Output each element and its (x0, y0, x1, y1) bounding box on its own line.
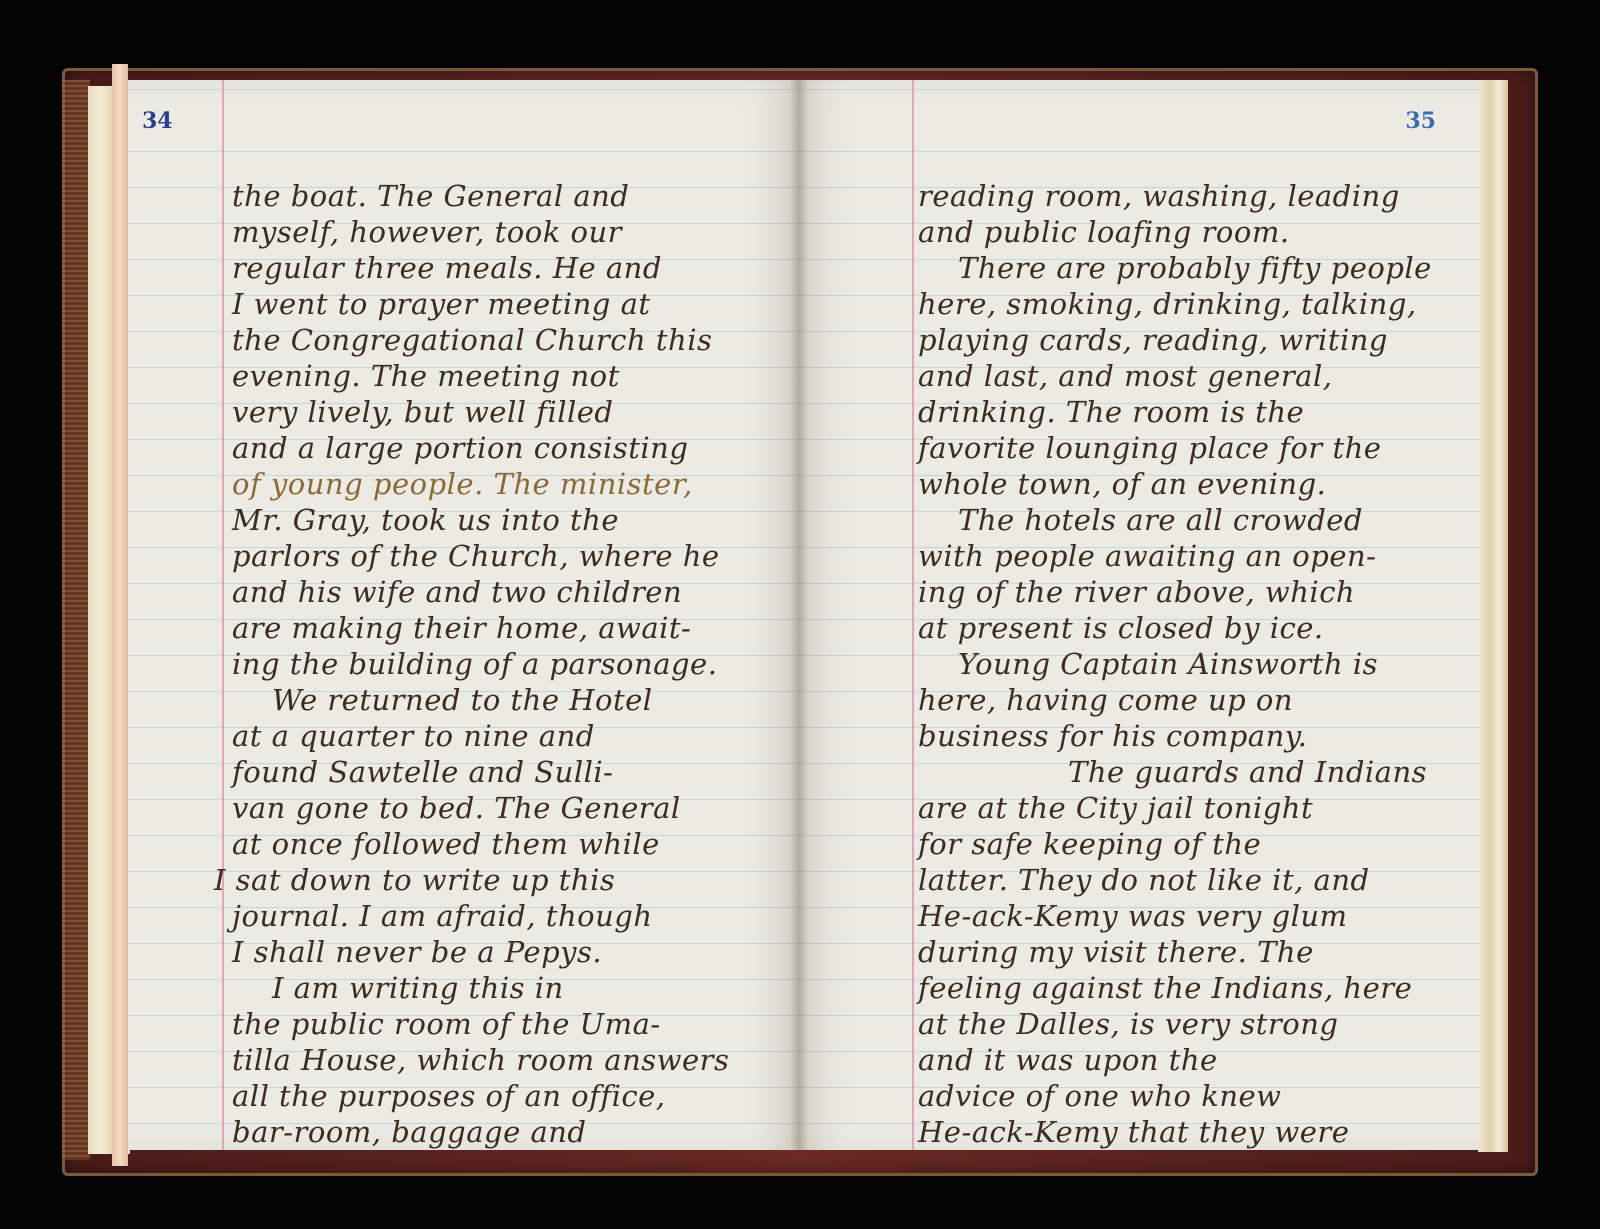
left-page: 34 the boat. The General and myself, how… (124, 80, 798, 1150)
text-line: at the Dalles, is very strong (918, 1006, 1478, 1042)
text-line: reading room, washing, leading (918, 178, 1478, 214)
text-line: at present is closed by ice. (918, 610, 1478, 646)
journal-text-left: the boat. The General and myself, howeve… (232, 178, 802, 1150)
text-line: and last, and most general, (918, 358, 1478, 394)
text-line: ing of the river above, which (918, 574, 1478, 610)
text-line: are at the City jail tonight (918, 790, 1478, 826)
text-line: evening. The meeting not (232, 358, 802, 394)
text-line: at a quarter to nine and (232, 718, 802, 754)
text-line: I shall never be a Pepys. (232, 934, 802, 970)
text-line: We returned to the Hotel (232, 682, 802, 718)
text-line: all the purposes of an office, (232, 1078, 802, 1114)
text-line: and a large portion consisting (232, 430, 802, 466)
text-line: tilla House, which room answers (232, 1042, 802, 1078)
text-line: the public room of the Uma- (232, 1006, 802, 1042)
book-gutter (790, 80, 808, 1150)
margin-rule (912, 80, 914, 1150)
text-line: Mr. Gray, took us into the (232, 502, 802, 538)
text-line: van gone to bed. The General (232, 790, 802, 826)
text-line: I went to prayer meeting at (232, 286, 802, 322)
text-line: and public loafing room. (918, 214, 1478, 250)
text-line: He-ack-Kemy was very glum (918, 898, 1478, 934)
text-line: latter. They do not like it, and (918, 862, 1478, 898)
text-line: The guards and Indians (918, 754, 1478, 790)
page-number: 34 (142, 108, 173, 134)
text-line: bar-room, baggage and (232, 1114, 802, 1150)
text-line: the boat. The General and (232, 178, 802, 214)
text-line: The hotels are all crowded (918, 502, 1478, 538)
text-line: regular three meals. He and (232, 250, 802, 286)
page-stack-right (1478, 80, 1508, 1152)
text-line: and it was upon the (918, 1042, 1478, 1078)
text-line: He-ack-Kemy that they were (918, 1114, 1478, 1150)
text-line: favorite lounging place for the (918, 430, 1478, 466)
text-line: drinking. The room is the (918, 394, 1478, 430)
text-line: during my visit there. The (918, 934, 1478, 970)
text-line: There are probably fifty people (918, 250, 1478, 286)
margin-rule (222, 80, 224, 1150)
text-line: feeling against the Indians, here (918, 970, 1478, 1006)
text-line: for safe keeping of the (918, 826, 1478, 862)
cover-edge-left (62, 80, 90, 1160)
text-line: the Congregational Church this (232, 322, 802, 358)
text-line: advice of one who knew (918, 1078, 1478, 1114)
text-line: I sat down to write up this (214, 862, 802, 898)
text-line: Young Captain Ainsworth is (918, 646, 1478, 682)
text-line: here, smoking, drinking, talking, (918, 286, 1478, 322)
text-line: of young people. The minister, (232, 466, 802, 502)
text-line: business for his company. (918, 718, 1478, 754)
text-line: very lively, but well filled (232, 394, 802, 430)
page-number: 35 (1405, 108, 1436, 134)
text-line: I am writing this in (232, 970, 802, 1006)
text-line: playing cards, reading, writing (918, 322, 1478, 358)
text-line: found Sawtelle and Sulli- (232, 754, 802, 790)
journal-text-right: reading room, washing, leading and publi… (918, 178, 1478, 1150)
text-line: ing the building of a parsonage. (232, 646, 802, 682)
right-page: 35 reading room, washing, leading and pu… (798, 80, 1480, 1150)
text-line: whole town, of an evening. (918, 466, 1478, 502)
text-line: with people awaiting an open- (918, 538, 1478, 574)
text-line: journal. I am afraid, though (232, 898, 802, 934)
text-line: and his wife and two children (232, 574, 802, 610)
bookmark-ribbon (112, 64, 128, 1166)
text-line: myself, however, took our (232, 214, 802, 250)
text-line: are making their home, await- (232, 610, 802, 646)
text-line: at once followed them while (232, 826, 802, 862)
text-line: here, having come up on (918, 682, 1478, 718)
text-line: parlors of the Church, where he (232, 538, 802, 574)
